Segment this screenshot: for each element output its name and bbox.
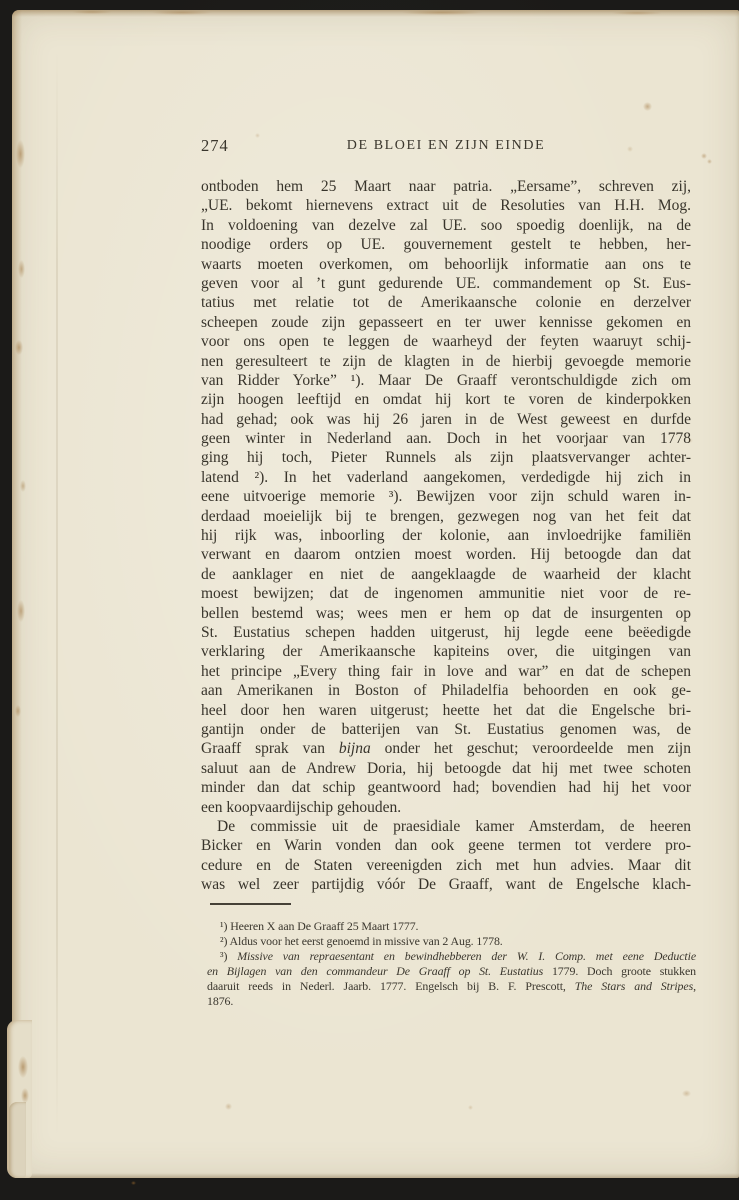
scan-background: 274 DE BLOEI EN ZIJN EINDE ontboden hem … bbox=[0, 0, 739, 1200]
text-line: eene uitvoerige memorie ³). Bewijzen voo… bbox=[201, 487, 691, 506]
text-line: St. Eustatius schepen hadden uitgerust, … bbox=[201, 623, 691, 642]
text-line: nen geresulteert te zijn de klagten in d… bbox=[201, 352, 691, 371]
text-line: hij rijk was, inboorling der kolonie, aa… bbox=[201, 526, 691, 545]
page-crease bbox=[56, 50, 58, 1138]
text-line: aan Amerikanen in Boston of Philadelfia … bbox=[201, 681, 691, 700]
text-line: De commissie uit de praesidiale kamer Am… bbox=[201, 817, 691, 836]
paper-stain bbox=[468, 1105, 473, 1110]
page-edge-top bbox=[12, 10, 739, 17]
text-line: derdaad moeielijk bij te brengen, gezweg… bbox=[201, 507, 691, 526]
text-line: latend ²). In het vaderland aangekomen, … bbox=[201, 468, 691, 487]
text-line: van Ridder Yorke” ¹). Maar De Graaff ver… bbox=[201, 371, 691, 390]
text-line: Graaff sprak van bijna onder het geschut… bbox=[201, 739, 691, 758]
paper-stain bbox=[682, 1090, 691, 1097]
paper-stain bbox=[131, 1181, 136, 1185]
footnotes: ¹) Heeren X aan De Graaff 25 Maart 1777.… bbox=[207, 919, 696, 1009]
text-line: ontboden hem 25 Maart naar patria. „Eers… bbox=[201, 177, 691, 196]
text-line: was wel zeer partijdig vóór De Graaff, w… bbox=[201, 875, 691, 894]
text-line: geen winter in Nederland aan. Doch in he… bbox=[201, 429, 691, 448]
page-header: 274 DE BLOEI EN ZIJN EINDE bbox=[201, 136, 691, 158]
paper-stain bbox=[701, 153, 707, 159]
text-line: gantijn onder de batterijen van St. Eust… bbox=[201, 720, 691, 739]
text-line: tatius met relatie tot de Amerikaansche … bbox=[201, 293, 691, 312]
text-line: verklaring der Amerikaansche kapiteins o… bbox=[201, 642, 691, 661]
text-line: geven voor al ’t gunt gedurende UE. comm… bbox=[201, 274, 691, 293]
text-line: „UE. bekomt hiernevens extract uit de Re… bbox=[201, 196, 691, 215]
text-line: ²) Aldus voor het eerst genoemd in missi… bbox=[207, 934, 696, 949]
italic-text: The Stars and Stripes bbox=[575, 979, 693, 993]
page-number: 274 bbox=[201, 136, 229, 156]
text-line: saluut aan de Andrew Doria, hij betoogde… bbox=[201, 759, 691, 778]
text-line: cedure en de Staten vereenigden zich met… bbox=[201, 856, 691, 875]
paper-stain bbox=[707, 159, 712, 164]
text-line: ³) Missive van repraesentant en bewindhe… bbox=[207, 949, 696, 964]
italic-text: bijna bbox=[339, 740, 371, 757]
text-line: 1876. bbox=[207, 994, 696, 1009]
page-edge-bottom bbox=[12, 1173, 739, 1178]
underlying-page-edge bbox=[9, 1102, 26, 1178]
text-line: waarts moeten overkomen, om behoorlijk i… bbox=[201, 255, 691, 274]
italic-text: en Bijlagen van den commandeur De Graaff… bbox=[207, 964, 543, 978]
running-header: DE BLOEI EN ZIJN EINDE bbox=[347, 138, 546, 154]
text-line: moest bewijzen; dat de ingenomen ammunit… bbox=[201, 584, 691, 603]
text-line: voor ons open te leggen de waarheyd der … bbox=[201, 332, 691, 351]
italic-text: Missive van repraesentant en bewindhebbe… bbox=[237, 949, 696, 963]
text-line: had gehad; ook was hij 26 jaren in de We… bbox=[201, 410, 691, 429]
text-line: ging hij toch, Pieter Runnels als zijn p… bbox=[201, 448, 691, 467]
book-page: 274 DE BLOEI EN ZIJN EINDE ontboden hem … bbox=[12, 10, 739, 1178]
text-line: de aanklager en niet de aangeklaagde de … bbox=[201, 565, 691, 584]
text-line: heel door hen waren uitgerust; heette he… bbox=[201, 701, 691, 720]
text-line: het principe „Every thing fair in love a… bbox=[201, 662, 691, 681]
paper-stain bbox=[225, 1103, 232, 1110]
text-line: en Bijlagen van den commandeur De Graaff… bbox=[207, 964, 696, 979]
text-line: noodige orders op UE. gouvernement geste… bbox=[201, 235, 691, 254]
paper-stain bbox=[643, 102, 652, 111]
text-line: daaruit reeds in Nederl. Jaarb. 1777. En… bbox=[207, 979, 696, 994]
text-line: een koopvaardijschip gehouden. bbox=[201, 798, 691, 817]
page-edge-left bbox=[12, 10, 22, 1178]
text-line: scheepen zoude zijn gepasseert en ter uw… bbox=[201, 313, 691, 332]
text-line: minder dan dat schip geantwoord had; bov… bbox=[201, 778, 691, 797]
text-line: Bicker en Warin vonden dan ook geene ter… bbox=[201, 836, 691, 855]
footnote-rule bbox=[210, 903, 291, 905]
text-line: bellen bestemd was; wees men er hem op d… bbox=[201, 604, 691, 623]
text-line: In voldoening van dezelve zal UE. soo sp… bbox=[201, 216, 691, 235]
text-line: ¹) Heeren X aan De Graaff 25 Maart 1777. bbox=[207, 919, 696, 934]
body-text: ontboden hem 25 Maart naar patria. „Eers… bbox=[201, 177, 691, 894]
text-line: verwant en daarom ontzien moest worden. … bbox=[201, 545, 691, 564]
text-line: zijn hoogen leeftijd en omdat hij kort t… bbox=[201, 390, 691, 409]
